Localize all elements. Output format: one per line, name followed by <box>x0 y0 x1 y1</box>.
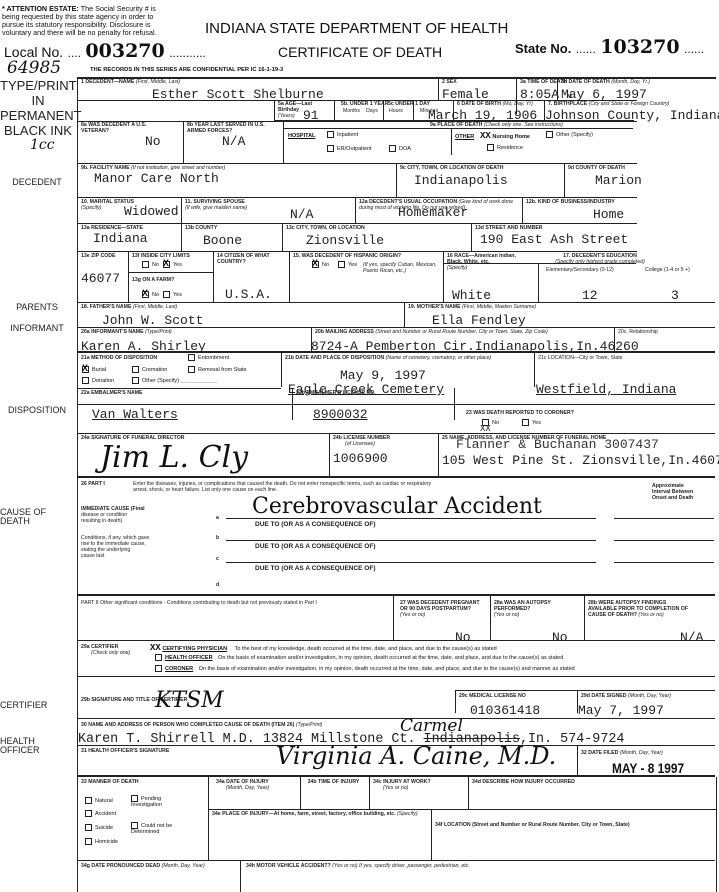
label-f8a: 8a WAS DECEDENT A U.S. VETERAN? <box>81 122 161 134</box>
certificate-title: CERTIFICATE OF DEATH <box>278 44 442 60</box>
side-label: OFFICER <box>0 746 74 755</box>
checkbox-icon <box>188 354 195 361</box>
label-f1: 1 DECEDENT—NAME (First, Middle, Last) <box>81 79 180 85</box>
label-f11: 11. SURVIVING SPOUSE(If wife, give maide… <box>185 199 247 211</box>
side-label: BLACK INK <box>0 123 76 138</box>
checkbox-coroner-yes[interactable]: Yes <box>522 419 541 426</box>
label-f13b: 13b COUNTY <box>185 225 217 231</box>
checkbox-donation[interactable]: Donation <box>82 377 114 384</box>
checkbox-removal[interactable]: Removal from State <box>188 366 247 373</box>
funeral-home-address: 105 West Pine St. Zionsville,In.46077 <box>442 453 719 468</box>
checkbox-icon <box>389 145 396 152</box>
certifier-signature: KTSM <box>155 688 224 713</box>
checkbox-icon <box>188 366 195 373</box>
label-f34f: 34f LOCATION (Street and Number or Rural… <box>435 822 630 828</box>
kind-of-business: Home <box>593 207 624 222</box>
health-officer-signature: Virginia A. Caine, M.D. <box>276 742 556 770</box>
label-f28a: 28a WAS AN AUTOPSY PERFORMED?(Yes or no) <box>494 600 579 618</box>
department-title: INDIANA STATE DEPARTMENT OF HEALTH <box>205 20 508 37</box>
side-label-disposition: DISPOSITION <box>0 405 74 416</box>
part2-label: PART II Other significant conditions - C… <box>81 600 317 606</box>
due-to-b: DUE TO (OR AS A CONSEQUENCE OF) <box>255 544 376 550</box>
side-label: PERMANENT <box>0 108 76 123</box>
veteran-value: No <box>145 134 161 149</box>
label-f22b: 22b EMBALMER'S LICENSE NO. <box>296 390 376 396</box>
due-to-a: DUE TO (OR AS A CONSEQUENCE OF) <box>255 522 376 528</box>
surviving-spouse: N/A <box>290 207 313 222</box>
side-label: DEATH <box>0 517 74 526</box>
checkbox-icon <box>132 377 139 384</box>
checkbox-icon <box>142 261 149 268</box>
disposition-date: May 9, 1997 <box>340 368 426 383</box>
checkbox-residence[interactable]: Residence <box>487 144 523 151</box>
checkbox-icon <box>85 810 92 817</box>
label-f8b: 8b YEAR LAST SERVED IN U.S. ARMED FORCES… <box>187 122 277 134</box>
label-f17-elementary: Elementary/Secondary (0-12) <box>546 267 614 273</box>
label-f34a: 34a DATE OF INJURY(Month, Day, Year) <box>216 779 296 791</box>
autopsy-findings-value: N/A <box>680 630 703 645</box>
label-f24b: 24b LICENSE NUMBER(of Licensee) <box>333 435 433 447</box>
label-f5b-months: Months <box>343 108 360 114</box>
label-f34g: 34g DATE PRONOUNCED DEAD (Month, Day, Ye… <box>81 863 205 869</box>
label-f17: 17. DECEDENT'S EDUCATION(Specify only hi… <box>500 253 700 265</box>
checkbox-icon <box>327 131 334 138</box>
handwritten-cc: 1cc <box>30 137 55 153</box>
label-f23: 23 WAS DEATH REPORTED TO CORONER? <box>466 410 574 416</box>
label-f5b: 5b. UNDER 1 YEAR <box>341 101 388 107</box>
license-number: 1006900 <box>333 451 388 466</box>
checkbox-city-limits-no[interactable]: No <box>142 261 159 268</box>
label-f20b: 20b MAILING ADDRESS (Street and Number o… <box>315 329 548 335</box>
part1-instructions: Enter the diseases, injuries, or complic… <box>133 481 553 493</box>
interval-header: Approximate Interval Between Onset and D… <box>652 483 693 501</box>
label-f19: 19. MOTHER'S NAME (First, Middle, Maiden… <box>408 304 536 310</box>
checkbox-icon <box>85 824 92 831</box>
side-label-informant: INFORMANT <box>0 323 74 334</box>
residence-state: Indiana <box>93 231 148 246</box>
label-f6: 6 DATE OF BIRTH (Mo, Day, Yr) <box>457 101 533 107</box>
other-label: OTHER <box>455 134 474 140</box>
label-f13c: 13c CITY, TOWN, OR LOCATION <box>286 225 365 231</box>
state-no-label: State No. <box>515 41 571 56</box>
side-label-certifier: CERTIFIER <box>0 700 74 711</box>
autopsy-value: No <box>552 630 568 645</box>
local-no-value: 003270 <box>85 40 164 62</box>
checkbox-doa[interactable]: DOA <box>389 145 411 152</box>
label-f26-part1: 26 PART I <box>81 481 105 487</box>
line-a-label: a <box>216 515 219 521</box>
checkbox-icon <box>327 145 334 152</box>
confidential-note: THE RECORDS IN THIS SERIES ARE CONFIDENT… <box>90 67 283 73</box>
label-f21c: 21c LOCATION—City or Town, State <box>538 355 623 361</box>
marital-status: Widowed <box>124 204 179 219</box>
checkbox-icon <box>85 797 92 804</box>
label-f13g: 13g ON A FARM? <box>132 277 174 283</box>
state-number: State No. ...... 103270 ...... <box>515 36 704 58</box>
education-college: 3 <box>671 288 679 303</box>
label-f20c: 20c. Relationship <box>618 329 658 335</box>
zip-code: 46077 <box>81 271 120 286</box>
handwritten-number: 64985 <box>7 58 61 78</box>
label-f34h: 34h MOTOR VEHICLE ACCIDENT? (Yes or no) … <box>246 863 470 869</box>
checkbox-other-specify[interactable]: Other (Specify) <box>546 131 593 138</box>
decedent-name: Esther Scott Shelburne <box>152 87 324 102</box>
city-of-death: Indianapolis <box>414 173 508 188</box>
checkbox-entombment[interactable]: Entombment <box>188 354 229 361</box>
checkbox-icon <box>132 366 139 373</box>
label-f9a: 9a PLACE OF DEATH (Check only one. See i… <box>430 122 563 128</box>
side-instructions: TYPE/PRINT IN PERMANENT BLACK INK <box>0 78 76 138</box>
label-f17-college: College (1-4 or 5 +) <box>645 267 690 273</box>
checkbox-icon <box>155 665 162 672</box>
county-of-death: Marion <box>595 173 642 188</box>
label-f32: 32 DATE FILED (Month, Day, Year) <box>581 750 663 756</box>
immediate-cause-label: IMMEDIATE CAUSE (Final disease or condit… <box>81 506 145 524</box>
checkbox-cremation[interactable]: Cremation <box>132 366 167 373</box>
checkbox-icon <box>131 822 138 829</box>
checkbox-checked-icon <box>142 291 149 298</box>
label-f14: 14 CITIZEN OF WHAT COUNTRY? <box>217 253 287 265</box>
line-c-label: c <box>216 556 219 562</box>
label-f33: 33 MANNER OF DEATH <box>81 779 139 785</box>
father-name: John W. Scott <box>102 313 203 328</box>
funeral-director-signature: Jim L. Cly <box>100 440 248 475</box>
label-f13f: 13f INSIDE CITY LIMITS <box>132 253 190 259</box>
label-f29d: 29d DATE SIGNED (Month, Day, Year) <box>581 693 671 699</box>
checkbox-homicide[interactable]: Homicide <box>85 838 118 845</box>
checkbox-accident[interactable]: Accident <box>85 810 116 817</box>
embalmer-license: 8900032 <box>313 407 368 422</box>
checkbox-nursing-home[interactable]: XX Nursing Home <box>480 131 530 141</box>
hospital-label: HOSPITAL <box>288 133 315 139</box>
label-f5c: 5c UNDER 1 DAY <box>388 101 430 107</box>
usual-occupation: Homemaker <box>398 205 468 220</box>
checkbox-icon <box>131 795 138 802</box>
side-label: IN <box>0 93 76 108</box>
checkbox-other-disposition[interactable]: Other (Specify) ____________ <box>132 377 217 384</box>
education-elementary: 12 <box>582 288 598 303</box>
residence-county: Boone <box>203 233 242 248</box>
checkbox-checked-icon <box>82 366 89 373</box>
date-signed: May 7, 1997 <box>578 703 664 718</box>
checkbox-icon <box>163 291 170 298</box>
label-f34d: 34d DESCRIBE HOW INJURY OCCURRED <box>472 779 575 785</box>
state-no-value: 103270 <box>600 36 679 58</box>
due-to-c: DUE TO (OR AS A CONSEQUENCE OF) <box>255 566 376 572</box>
label-f3b: 3b DATE OF DEATH (Month, Day, Yr.) <box>561 79 650 85</box>
label-f13d: 13d STREET AND NUMBER <box>475 225 543 231</box>
side-label-cause-of-death: CAUSE OF DEATH <box>0 508 74 526</box>
checkbox-icon <box>85 838 92 845</box>
side-label-parents: PARENTS <box>0 302 74 313</box>
citizen-country: U.S.A. <box>225 287 272 302</box>
checkbox-icon <box>487 144 494 151</box>
label-f12b: 12b. KIND OF BUSINESS/INDUSTRY <box>526 199 615 205</box>
label-f5b-days: Days <box>366 108 378 114</box>
label-f9c: 9c CITY, TOWN, OR LOCATION OF DEATH <box>400 165 503 171</box>
label-f21b: 21b DATE AND PLACE OF DISPOSITION (Name … <box>285 355 530 361</box>
label-f21a: 21a METHOD OF DISPOSITION <box>81 355 157 361</box>
label-f22a: 22a EMBALMER'S NAME <box>81 390 142 396</box>
checkbox-icon <box>522 419 529 426</box>
label-f20a: 20a INFORMANT'S NAME (Type/Print) <box>81 329 172 335</box>
checkbox-suicide[interactable]: Suicide <box>85 824 113 831</box>
checkbox-icon <box>155 654 162 661</box>
checkbox-farm-no[interactable]: No <box>142 291 159 298</box>
label-f34e: 34e PLACE OF INJURY—At home, farm, stree… <box>212 811 427 817</box>
label-f34b: 34b TIME OF INJURY <box>306 779 361 785</box>
medical-license: 010361418 <box>470 703 540 718</box>
hispanic-hint: (If yes, specify Cuban, Mexican, Puerto … <box>293 262 438 274</box>
checkbox-city-limits-yes[interactable]: Yes <box>163 261 182 268</box>
label-f27: 27 WAS DECEDENT PREGNANT OR 90 DAYS POST… <box>400 600 485 618</box>
checkbox-pending[interactable]: Pending Investigation <box>131 795 186 808</box>
label-f13e: 13e ZIP CODE <box>81 253 116 259</box>
label-f5c-hours: Hours <box>389 108 403 114</box>
attention-notice: * ATTENTION ESTATE: The Social Security … <box>2 5 162 37</box>
side-label-decedent: DECEDENT <box>0 177 74 188</box>
checkbox-farm-yes[interactable]: Yes <box>163 291 182 298</box>
sex-value: Female <box>442 87 489 102</box>
checkbox-er-outpatient[interactable]: ER/Outpatient <box>327 145 372 152</box>
checkbox-icon <box>82 377 89 384</box>
label-f18: 18. FATHER'S NAME (First, Middle, Last) <box>81 304 177 310</box>
line-b-label: b <box>216 535 219 541</box>
label-f28b: 28b WERE AUTOPSY FINDINGS AVAILABLE PRIO… <box>588 600 688 618</box>
cause-a-handwritten: Cerebrovascular Accident <box>252 494 542 519</box>
embalmer-name: Van Walters <box>92 407 178 422</box>
residence-street: 190 East Ash Street <box>480 232 628 247</box>
checkbox-checked-icon <box>163 261 170 268</box>
label-f15: 15. WAS DECEDENT OF HISPANIC ORIGIN? <box>293 253 401 259</box>
mother-name: Ella Fendley <box>432 313 526 328</box>
label-f29a: 29a CERTIFIER(Check only one) <box>81 644 130 656</box>
conditions-label: Conditions, if any, which gave rise to t… <box>81 535 149 559</box>
label-f31: 31 HEALTH OFFICER'S SIGNATURE <box>81 748 169 754</box>
checkbox-natural[interactable]: Natural <box>85 797 113 804</box>
checkbox-burial[interactable]: Burial <box>82 366 106 373</box>
armed-forces-value: N/A <box>222 134 245 149</box>
label-f2: 2 SEX <box>442 79 457 85</box>
label-f30: 30 NAME AND ADDRESS OF PERSON WHO COMPLE… <box>81 722 323 728</box>
label-f7: 7. BIRTHPLACE (City and State or Foreign… <box>548 101 669 107</box>
checkbox-inpatient[interactable]: Inpatient <box>327 131 358 138</box>
race: White <box>452 288 491 303</box>
attention-text: voluntary and there will be no penalty f… <box>2 29 162 37</box>
checkbox-icon <box>546 131 553 138</box>
residence-city: Zionsville <box>306 233 384 248</box>
checkbox-health-officer[interactable]: HEALTH OFFICER On the basis of examinati… <box>155 654 563 661</box>
side-label: TYPE/PRINT <box>0 78 76 93</box>
checkbox-coroner[interactable]: CORONER On the basis of examination and/… <box>155 665 575 672</box>
checkbox-certifying-physician[interactable]: XX CERTIFYING PHYSICIAN To the best of m… <box>150 643 497 653</box>
label-f9d: 9d COUNTY OF DEATH <box>568 165 625 171</box>
checkbox-undetermined[interactable]: Could not be Determined <box>131 822 186 835</box>
facility-name: Manor Care North <box>94 171 219 186</box>
funeral-home-name: Flanner & Buchanan 3007437 <box>456 437 659 452</box>
label-f34c: 34c INJURY AT WORK?(Yes or no) <box>373 779 431 791</box>
label-f29c: 29c MEDICAL LICENSE NO <box>459 693 526 699</box>
side-label-health-officer: HEALTH OFFICER <box>0 737 74 755</box>
date-of-death: May 6, 1997 <box>561 87 647 102</box>
date-filed-stamp: MAY - 8 1997 <box>612 760 684 776</box>
line-d-label: d <box>216 582 219 588</box>
disposition-location: Westfield, Indiana <box>536 382 676 397</box>
